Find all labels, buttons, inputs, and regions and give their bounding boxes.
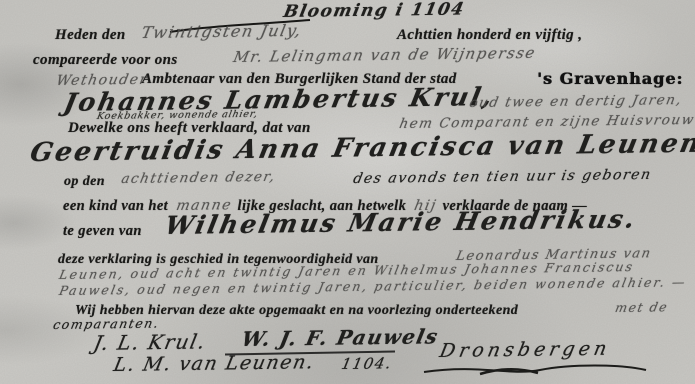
printed-op-den: op den (64, 175, 105, 189)
handwritten-birth-day: achttienden dezer, (120, 171, 277, 187)
printed-te-geven-van: te geven van (63, 224, 142, 239)
printed-kind-1: een kind van het (63, 199, 168, 214)
printed-heden-den: Heden den (55, 28, 126, 43)
signature-declarant: J. L. Krul. (92, 331, 208, 353)
registrar-flourish-icon (420, 362, 650, 378)
printed-stad-gravenhage: 's Gravenhage: (537, 71, 683, 87)
scanned-birth-record: Blooming i 1104 Heden den Twintigsten Ju… (0, 0, 695, 384)
top-annotation: Blooming i 1104 (282, 1, 466, 21)
handwritten-mother-name: Geertruidis Anna Francisca van Leunen, (28, 130, 695, 166)
handwritten-declarant-age: oud twee en dertig Jaren, (468, 94, 683, 110)
printed-year: Achttien honderd en vijftig , (397, 28, 582, 43)
printed-compareerde: compareerde voor ons (33, 53, 178, 68)
handwritten-wethouder: Wethouder (55, 73, 149, 88)
signature-witness-van-leunen: L. M. van Leunen. (112, 353, 316, 375)
signature-registrar: Dronsbergen (438, 340, 612, 361)
handwritten-child-names: Wilhelmus Marie Hendrikus. (163, 206, 639, 238)
signature-witness-pauwels: W. J. F. Pauwels (240, 326, 441, 349)
handwritten-birth-time: des avonds ten tien uur is geboren (352, 168, 653, 186)
handwritten-date: Twintigsten July, (140, 23, 303, 41)
handwritten-closing-met-de: met de (614, 301, 669, 314)
act-number: 1104. (340, 356, 394, 372)
handwritten-official-name: Mr. Lelingman van de Wijnpersse (232, 46, 537, 65)
